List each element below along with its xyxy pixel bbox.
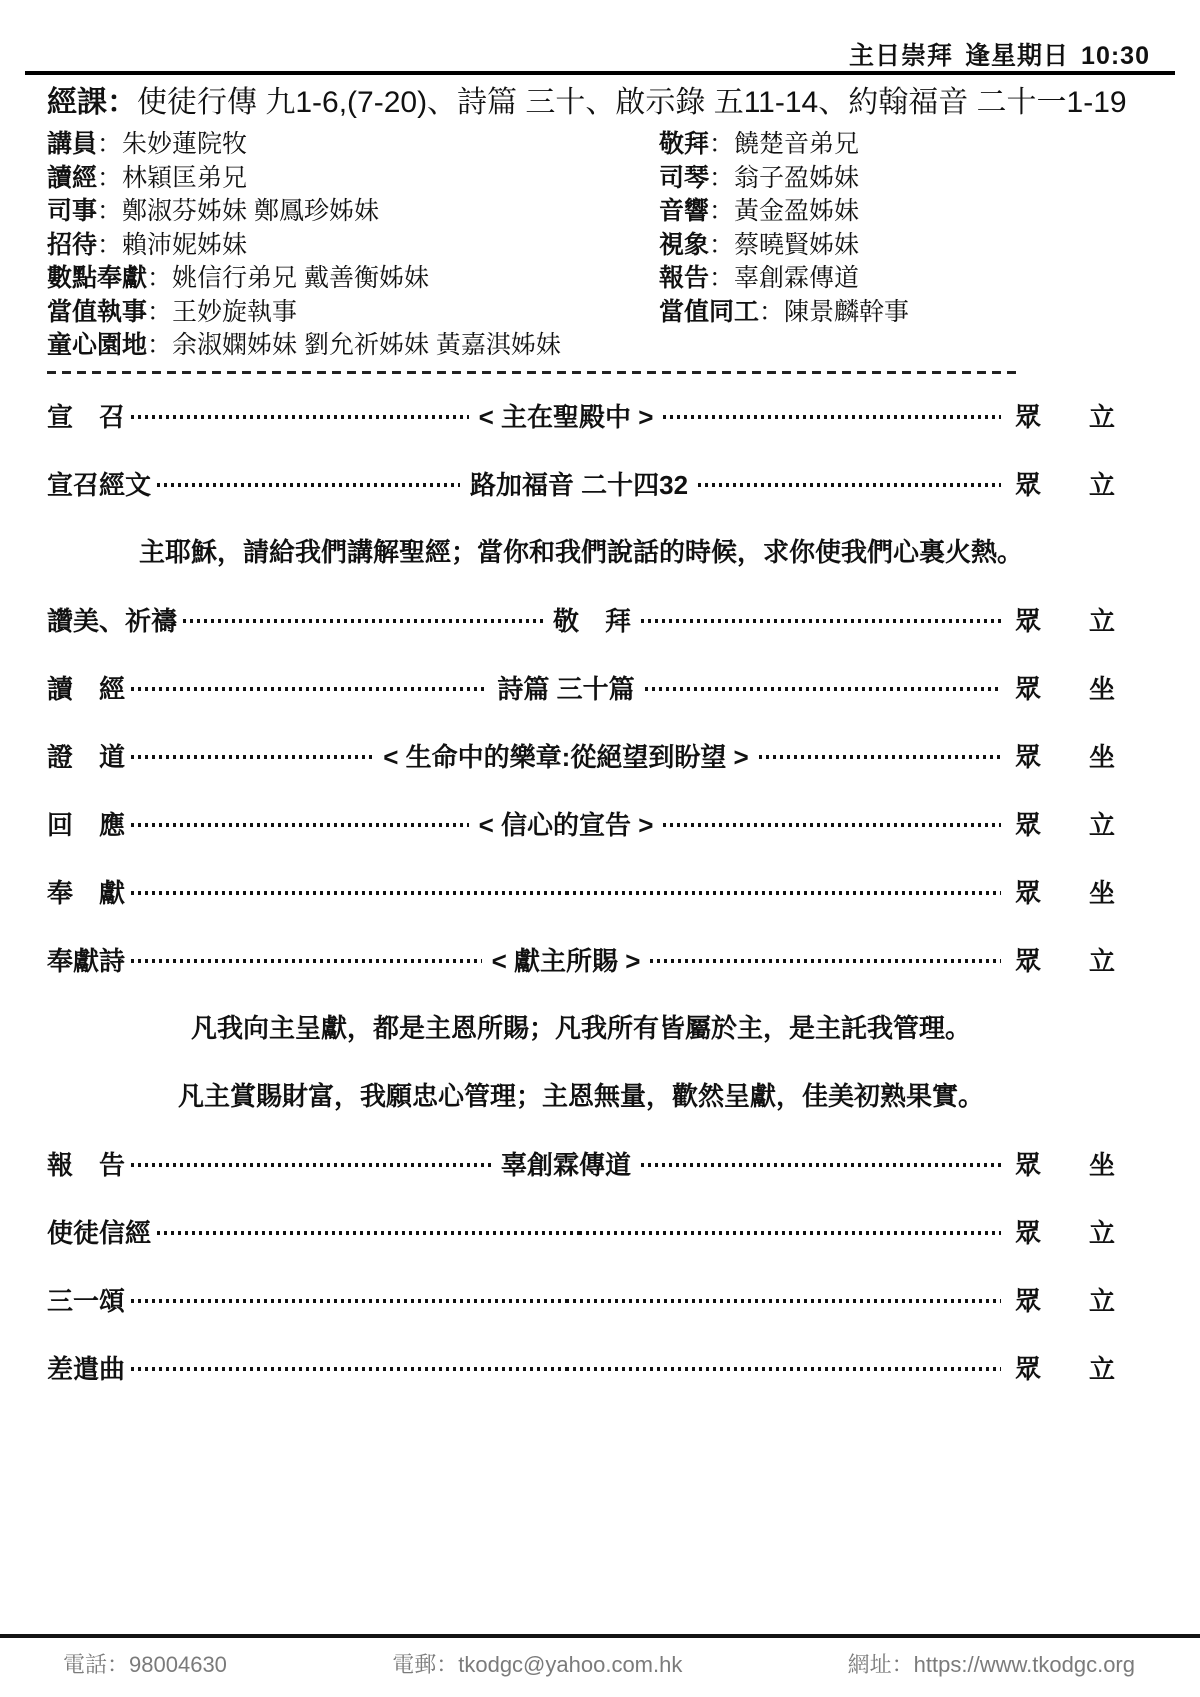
dotted-leader <box>131 1367 566 1371</box>
congregation-reading-text: 主耶穌，請給我們講解聖經；當你和我們說話的時候，求你使我們心裏火熱。 <box>47 538 1115 566</box>
order-item-center: 辜創霖傳道 <box>491 1145 641 1182</box>
dotted-leader <box>566 1299 1001 1303</box>
footer-rule <box>0 1634 1200 1638</box>
offering-response-text: 凡主賞賜財富，我願忠心管理；主恩無量，歡然呈獻，佳美初熟果實。 <box>47 1082 1115 1110</box>
order-item-label: 宣 召 <box>47 397 125 434</box>
role-value: 饒楚音弟兄 <box>734 130 859 158</box>
order-item-offering: 奉 獻 眾坐 <box>47 878 1115 906</box>
page-header: 主日崇拜逢星期日10:30 <box>849 36 1150 72</box>
order-item-center: 路加福音 二十四32 <box>460 465 698 502</box>
header-rule <box>25 71 1175 75</box>
footer-website: 網址：https://www.tkodgc.org <box>848 1648 1135 1679</box>
role-value: 黃金盈姊妹 <box>734 197 859 225</box>
dotted-leader <box>131 1163 491 1167</box>
posture-indicator: 眾坐 <box>1015 737 1115 774</box>
dotted-leader <box>698 483 1001 487</box>
scripture-label: 經課 <box>47 86 107 119</box>
content: 經課：使徒行傳 九1-6,(7-20)、詩篇 三十、啟示錄 五11-14、約翰福… <box>47 84 1115 1422</box>
posture-indicator: 眾立 <box>1015 941 1115 978</box>
roles-section: 講員：朱妙蓮院牧 讀經：林穎匡弟兄 司事：鄭淑芬姊妹 鄭鳳珍姊妹 招待：賴沛妮姊… <box>47 128 1115 363</box>
role-row-staff: 當值同工：陳景麟幹事 <box>659 296 1115 330</box>
role-value: 賴沛妮姊妹 <box>122 231 247 259</box>
order-item-praise-prayer: 讚美、祈禱 敬 拜 眾立 <box>47 606 1115 634</box>
bulletin-page: 主日崇拜逢星期日10:30 經課：使徒行傳 九1-6,(7-20)、詩篇 三十、… <box>0 0 1200 1697</box>
footer-phone: 電話：98004630 <box>63 1648 227 1679</box>
order-item-sermon: 證 道 < 生命中的樂章:從絕望到盼望 > 眾坐 <box>47 742 1115 770</box>
order-item-offering-hymn: 奉獻詩 < 獻主所賜 > 眾立 <box>47 946 1115 974</box>
order-item-label: 差遣曲 <box>47 1349 125 1386</box>
scripture-colon: ： <box>107 86 137 119</box>
role-row-audio: 音響：黃金盈姊妹 <box>659 195 1115 229</box>
order-item-apostles-creed: 使徒信經 眾立 <box>47 1218 1115 1246</box>
order-item-sending-song: 差遣曲 眾立 <box>47 1354 1115 1382</box>
role-row-deacon: 當值執事：王妙旋執事 <box>47 296 659 330</box>
order-item-center: 敬 拜 <box>543 601 641 638</box>
dotted-leader <box>663 415 1001 419</box>
role-value: 王妙旋執事 <box>172 298 297 326</box>
dotted-leader <box>131 823 469 827</box>
order-item-center: < 主在聖殿中 > <box>469 397 664 434</box>
role-row-children: 童心園地：余淑嫻姊妹 劉允祈姊妹 黃嘉淇姊妹 <box>47 329 659 363</box>
dotted-leader <box>157 1231 579 1235</box>
order-item-call-scripture: 宣召經文 路加福音 二十四32 眾立 <box>47 470 1115 498</box>
order-item-label: 三一頌 <box>47 1281 125 1318</box>
role-value: 鄭淑芬姊妹 鄭鳳珍姊妹 <box>122 197 379 225</box>
dotted-leader <box>566 891 1001 895</box>
dotted-leader <box>579 1231 1001 1235</box>
order-item-announcements: 報 告 辜創霖傳道 眾坐 <box>47 1150 1115 1178</box>
dashed-divider <box>47 371 1020 374</box>
posture-indicator: 眾坐 <box>1015 873 1115 910</box>
order-item-label: 報 告 <box>47 1145 125 1182</box>
dotted-leader <box>157 483 460 487</box>
posture-indicator: 眾立 <box>1015 1281 1115 1318</box>
order-item-center: < 生命中的樂章:從絕望到盼望 > <box>373 737 758 774</box>
dotted-leader <box>641 1163 1001 1167</box>
role-value: 翁子盈姊妹 <box>734 164 859 192</box>
role-value: 蔡曉賢姊妹 <box>734 231 859 259</box>
service-name: 主日崇拜 <box>849 42 953 70</box>
role-value: 姚信行弟兄 戴善衡姊妹 <box>172 264 429 292</box>
order-item-center: < 信心的宣告 > <box>469 805 664 842</box>
footer-email: 電郵：tkodgc@yahoo.com.hk <box>392 1648 682 1679</box>
footer: 電話：98004630 電郵：tkodgc@yahoo.com.hk 網址：ht… <box>63 1648 1135 1679</box>
dotted-leader <box>131 1299 566 1303</box>
role-row-greeter: 招待：賴沛妮姊妹 <box>47 229 659 263</box>
posture-indicator: 眾立 <box>1015 465 1115 502</box>
role-row-offering-count: 數點奉獻：姚信行弟兄 戴善衡姊妹 <box>47 262 659 296</box>
dotted-leader <box>131 891 566 895</box>
posture-indicator: 眾立 <box>1015 805 1115 842</box>
posture-indicator: 眾立 <box>1015 1349 1115 1386</box>
dotted-leader <box>131 415 469 419</box>
order-item-center: 詩篇 三十篇 <box>487 669 644 706</box>
order-item-label: 奉 獻 <box>47 873 125 910</box>
role-row-usher: 司事：鄭淑芬姊妹 鄭鳳珍姊妹 <box>47 195 659 229</box>
role-row-speaker: 講員：朱妙蓮院牧 <box>47 128 659 162</box>
order-item-response: 回 應 < 信心的宣告 > 眾立 <box>47 810 1115 838</box>
dotted-leader <box>663 823 1001 827</box>
roles-left-column: 講員：朱妙蓮院牧 讀經：林穎匡弟兄 司事：鄭淑芬姊妹 鄭鳳珍姊妹 招待：賴沛妮姊… <box>47 128 659 363</box>
service-schedule: 逢星期日 <box>965 42 1069 70</box>
roles-right-column: 敬拜：饒楚音弟兄 司琴：翁子盈姊妹 音響：黃金盈姊妹 視象：蔡曉賢姊妹 報告：辜… <box>659 128 1115 363</box>
role-row-pianist: 司琴：翁子盈姊妹 <box>659 162 1115 196</box>
scripture-line: 經課：使徒行傳 九1-6,(7-20)、詩篇 三十、啟示錄 五11-14、約翰福… <box>47 84 1115 122</box>
order-item-label: 宣召經文 <box>47 465 151 502</box>
service-time: 10:30 <box>1081 42 1150 70</box>
dotted-leader <box>131 687 487 691</box>
posture-indicator: 眾立 <box>1015 1213 1115 1250</box>
offering-response-text: 凡我向主呈獻，都是主恩所賜；凡我所有皆屬於主，是主託我管理。 <box>47 1014 1115 1042</box>
role-row-visual: 視象：蔡曉賢姊妹 <box>659 229 1115 263</box>
order-item-call-to-worship: 宣 召 < 主在聖殿中 > 眾立 <box>47 402 1115 430</box>
dotted-leader <box>759 755 1001 759</box>
role-value: 辜創霖傳道 <box>734 264 859 292</box>
posture-indicator: 眾立 <box>1015 397 1115 434</box>
scripture-text: 使徒行傳 九1-6,(7-20)、詩篇 三十、啟示錄 五11-14、約翰福音 二… <box>137 86 1127 119</box>
dotted-leader <box>645 687 1001 691</box>
order-item-label: 證 道 <box>47 737 125 774</box>
role-value: 林穎匡弟兄 <box>122 164 247 192</box>
order-item-label: 奉獻詩 <box>47 941 125 978</box>
dotted-leader <box>131 755 373 759</box>
role-value: 余淑嫻姊妹 劉允祈姊妹 黃嘉淇姊妹 <box>172 331 561 359</box>
role-row-announcements: 報告：辜創霖傳道 <box>659 262 1115 296</box>
posture-indicator: 眾立 <box>1015 601 1115 638</box>
dotted-leader <box>641 619 1001 623</box>
order-item-label: 讀 經 <box>47 669 125 706</box>
order-item-scripture-reading: 讀 經 詩篇 三十篇 眾坐 <box>47 674 1115 702</box>
order-item-label: 使徒信經 <box>47 1213 151 1250</box>
order-of-worship: 宣 召 < 主在聖殿中 > 眾立 宣召經文 路加福音 二十四32 眾立 主耶穌，… <box>47 402 1115 1382</box>
role-row-worship: 敬拜：饒楚音弟兄 <box>659 128 1115 162</box>
role-value: 朱妙蓮院牧 <box>122 130 247 158</box>
posture-indicator: 眾坐 <box>1015 1145 1115 1182</box>
posture-indicator: 眾坐 <box>1015 669 1115 706</box>
dotted-leader <box>183 619 543 623</box>
order-item-doxology: 三一頌 眾立 <box>47 1286 1115 1314</box>
dotted-leader <box>650 959 1001 963</box>
order-item-label: 讚美、祈禱 <box>47 601 177 638</box>
order-item-label: 回 應 <box>47 805 125 842</box>
role-value: 陳景麟幹事 <box>784 298 909 326</box>
dotted-leader <box>566 1367 1001 1371</box>
role-row-reader: 讀經：林穎匡弟兄 <box>47 162 659 196</box>
order-item-center: < 獻主所賜 > <box>482 941 651 978</box>
dotted-leader <box>131 959 482 963</box>
